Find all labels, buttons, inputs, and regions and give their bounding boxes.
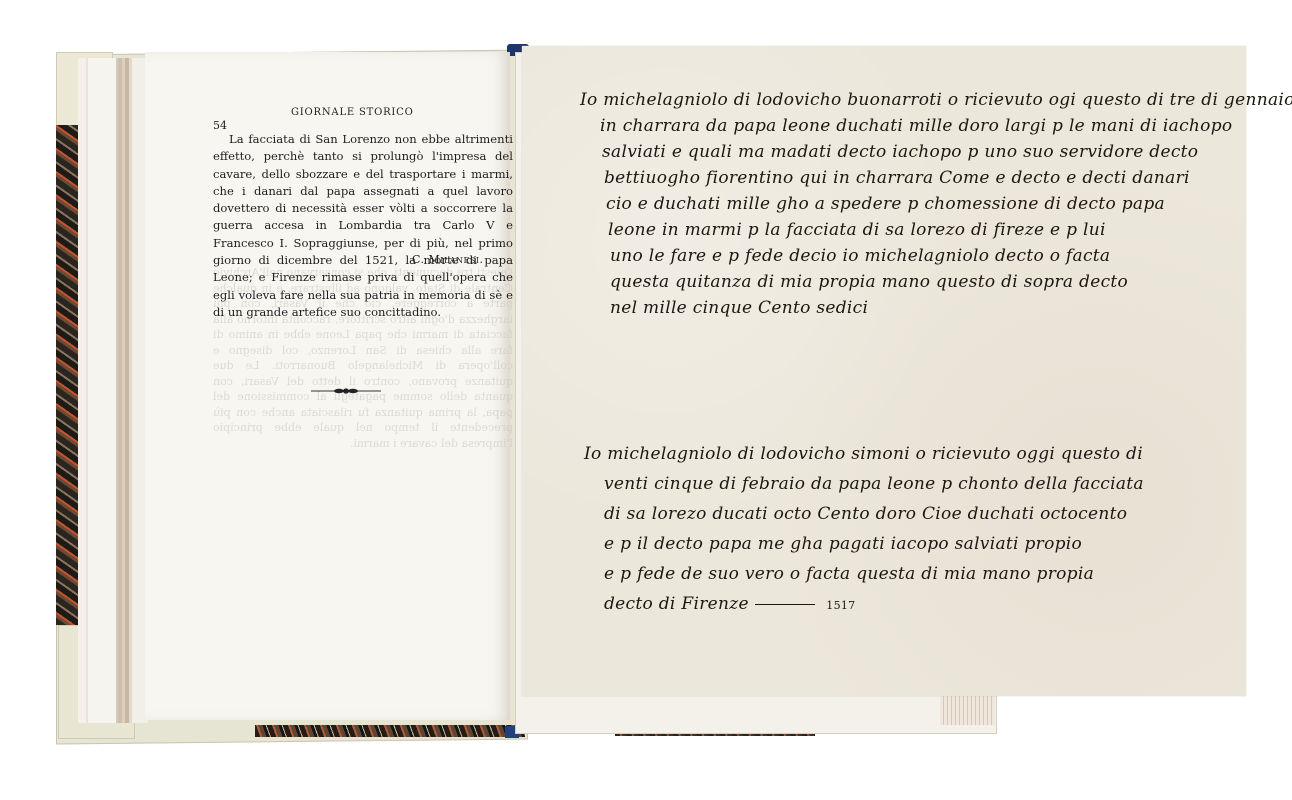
receipt-2-year: 1517 — [826, 599, 855, 612]
ornament-divider-icon — [311, 388, 381, 394]
article-body: La facciata di San Lorenzo non ebbe altr… — [213, 131, 513, 321]
facsimile-plate: Io michelagniolo di lodovicho buonarroti… — [522, 46, 1246, 696]
receipt-1-line: in charrara da papa leone duchati mille … — [600, 116, 1232, 136]
page-edges-stack — [78, 58, 148, 723]
receipt-1-line: cio e duchati mille gho a spedere p chom… — [606, 194, 1165, 214]
pen-stroke — [755, 604, 815, 605]
receipt-2-line: di sa lorezo ducati octo Cento doro Cioe… — [604, 504, 1127, 524]
receipt-2-line: e p fede de suo vero o facta questa di m… — [604, 564, 1094, 584]
receipt-2-line: decto di Firenze 1517 — [604, 594, 855, 614]
marbled-board-bottom — [255, 725, 525, 737]
receipt-1-line: bettiuogho fiorentino qui in charrara Co… — [604, 168, 1190, 188]
receipt-2-line: venti cinque di febraio da papa leone p … — [604, 474, 1144, 494]
running-head: GIORNALE STORICO — [291, 107, 414, 118]
receipt-1-line: questa quitanza di mia propia mano quest… — [610, 272, 1128, 292]
author-signature: C. Milanesi. — [412, 253, 484, 266]
receipt-1-line: leone in marmi p la facciata di sa lorez… — [608, 220, 1106, 240]
marbled-board-left — [56, 125, 78, 625]
closing-paragraph: La facciata di San Lorenzo non ebbe altr… — [213, 131, 513, 321]
receipt-2-line: Io michelagniolo di lodovicho simoni o r… — [584, 444, 1143, 464]
receipt-1-line: uno le fare e p fede decio io michelagni… — [610, 246, 1110, 266]
receipt-1-line: Io michelagniolo di lodovicho buonarroti… — [580, 90, 1292, 110]
receipt-1-line: nel mille cinque Cento sedici — [610, 298, 868, 318]
receipt-1-line: salviati e quali ma madati decto iachopo… — [602, 142, 1198, 162]
receipt-2-closing: decto di Firenze — [604, 594, 749, 614]
receipt-2-line: e p il decto papa me gha pagati iacopo s… — [604, 534, 1082, 554]
